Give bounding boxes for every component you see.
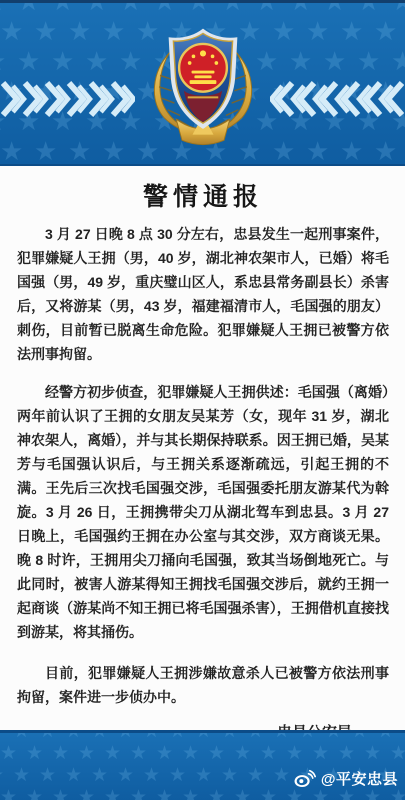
notice-paragraph-3: 目前，犯罪嫌疑人王拥涉嫌故意杀人已被警方依法刑事拘留，案件进一步侦办中。 <box>17 661 389 709</box>
notice-paragraph-2: 经警方初步侦查，犯罪嫌疑人王拥供述：毛国强（离婚）两年前认识了王拥的女朋友吴某芳… <box>17 380 389 644</box>
header-banner: ★★★★★★★★★★★★★★★★★★★★★★★★★★★★★★★★★★★★★★★★… <box>0 0 405 166</box>
police-notice-poster: ★★★★★★★★★★★★★★★★★★★★★★★★★★★★★★★★★★★★★★★★… <box>0 0 405 800</box>
chevrons-right-icon <box>1 81 135 117</box>
notice-body: 警情通报 3 月 27 日晚 8 点 30 分左右，忠县发生一起刑事案件，犯罪嫌… <box>0 166 405 732</box>
weibo-watermark: @平安忠县 <box>293 768 398 789</box>
notice-paragraph-1: 3 月 27 日晚 8 点 30 分左右，忠县发生一起刑事案件，犯罪嫌疑人王拥（… <box>17 222 389 366</box>
notice-title: 警情通报 <box>17 177 389 213</box>
china-police-badge-icon <box>140 18 266 150</box>
chevrons-left-icon <box>270 81 404 117</box>
weibo-handle: @平安忠县 <box>321 768 398 789</box>
weibo-icon <box>293 769 316 789</box>
footer-banner: ★★★★★★★★★★★★★★★★★★★★★★★★★★★★★★★★★★★★★★★★… <box>0 730 405 800</box>
